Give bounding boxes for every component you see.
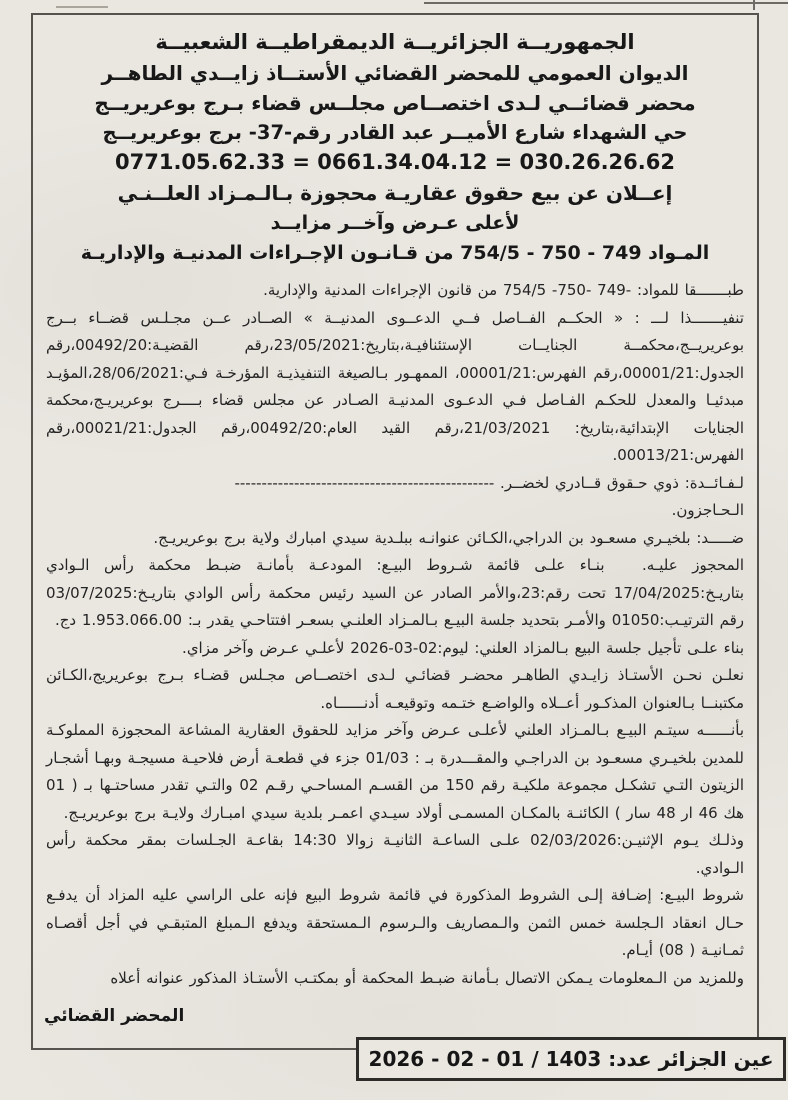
notice-header: الجمهوريــة الجزائريــة الديمقراطيــة ال… [33, 15, 757, 268]
scanned-legal-notice-page: الجمهوريــة الجزائريــة الديمقراطيــة ال… [0, 0, 788, 1100]
scan-artifact-tick [753, 0, 755, 10]
bailiff-signature-label: المحضر القضائي [44, 1006, 184, 1026]
highest-bidder-subtitle: لأعلى عـرض وآخــر مزايــد [33, 209, 757, 238]
legal-articles-line: المـواد 749 - 750 - 754/5 من قـانـون الإ… [33, 238, 757, 268]
paragraph-session-postponement: بناء علـى تأجيل جلسة البيع بـالمزاد العل… [46, 635, 744, 663]
bailiff-office-title: الديوان العمومي للمحضر القضائي الأستــاذ… [33, 58, 757, 88]
office-address-line: حي الشهداء شارع الأميــر عبد القادر رقم-… [33, 118, 757, 148]
paragraph-seizing-parties: الـحـاجزون. [46, 497, 744, 525]
scan-artifact-line-left [56, 6, 108, 8]
paragraph-more-information: وللمزيد من الـمعلومات يـمكن الاتصال بـأم… [46, 965, 744, 993]
bailiff-jurisdiction-line: محضر قضائــي لـدى اختصــاص مجلــس قضاء ب… [33, 88, 757, 118]
paragraph-against-debtor: ضـــــد: بلخيـري مسعـود بن الدراجي،الكـا… [46, 525, 744, 553]
paragraph-pursuant-articles: طبـــــــقا للمواد: -749 -750- 754/5 من … [46, 277, 744, 305]
notice-body: طبـــــــقا للمواد: -749 -750- 754/5 من … [33, 268, 757, 992]
paragraph-property-description: بأنــــــه سيتـم البيـع بـالمـزاد العلني… [46, 717, 744, 827]
auction-announcement-title: إعــلان عن بيع حقوق عقاريـة محجوزة بـالـ… [33, 177, 757, 209]
paragraph-beneficiary: لـفـائــدة: ذوي حـقوق قــادري لخضــر. --… [46, 470, 744, 498]
notice-border-frame: الجمهوريــة الجزائريــة الديمقراطيــة ال… [31, 13, 759, 1050]
phone-numbers-line: 0771.05.62.33 = 0661.34.04.12 = 030.26.2… [33, 148, 757, 177]
paragraph-sale-conditions-filing: المحجوز عليـه. بنـاء علـى قائمة شـروط ال… [46, 552, 744, 635]
scan-artifact-line [424, 2, 788, 4]
paragraph-bailiff-declaration: نعلـن نحـن الأستـاذ زايـدي الطاهـر محضـر… [46, 662, 744, 717]
newspaper-issue-box: عين الجزائر عدد: 1403 / 01 - 02 - 2026 [356, 1037, 786, 1081]
paragraph-execution-of-judgment: تنفيـــــــذا لـــ : « الحكــم الفــاصل … [46, 305, 744, 470]
paragraph-sale-terms: شروط البيـع: إضـافة إلـى الشروط المذكورة… [46, 882, 744, 965]
paragraph-session-date-time: وذلـك يـوم الإثنيـن:02/03/2026 علـى السا… [46, 827, 744, 882]
republic-title: الجمهوريــة الجزائريــة الديمقراطيــة ال… [33, 27, 757, 58]
